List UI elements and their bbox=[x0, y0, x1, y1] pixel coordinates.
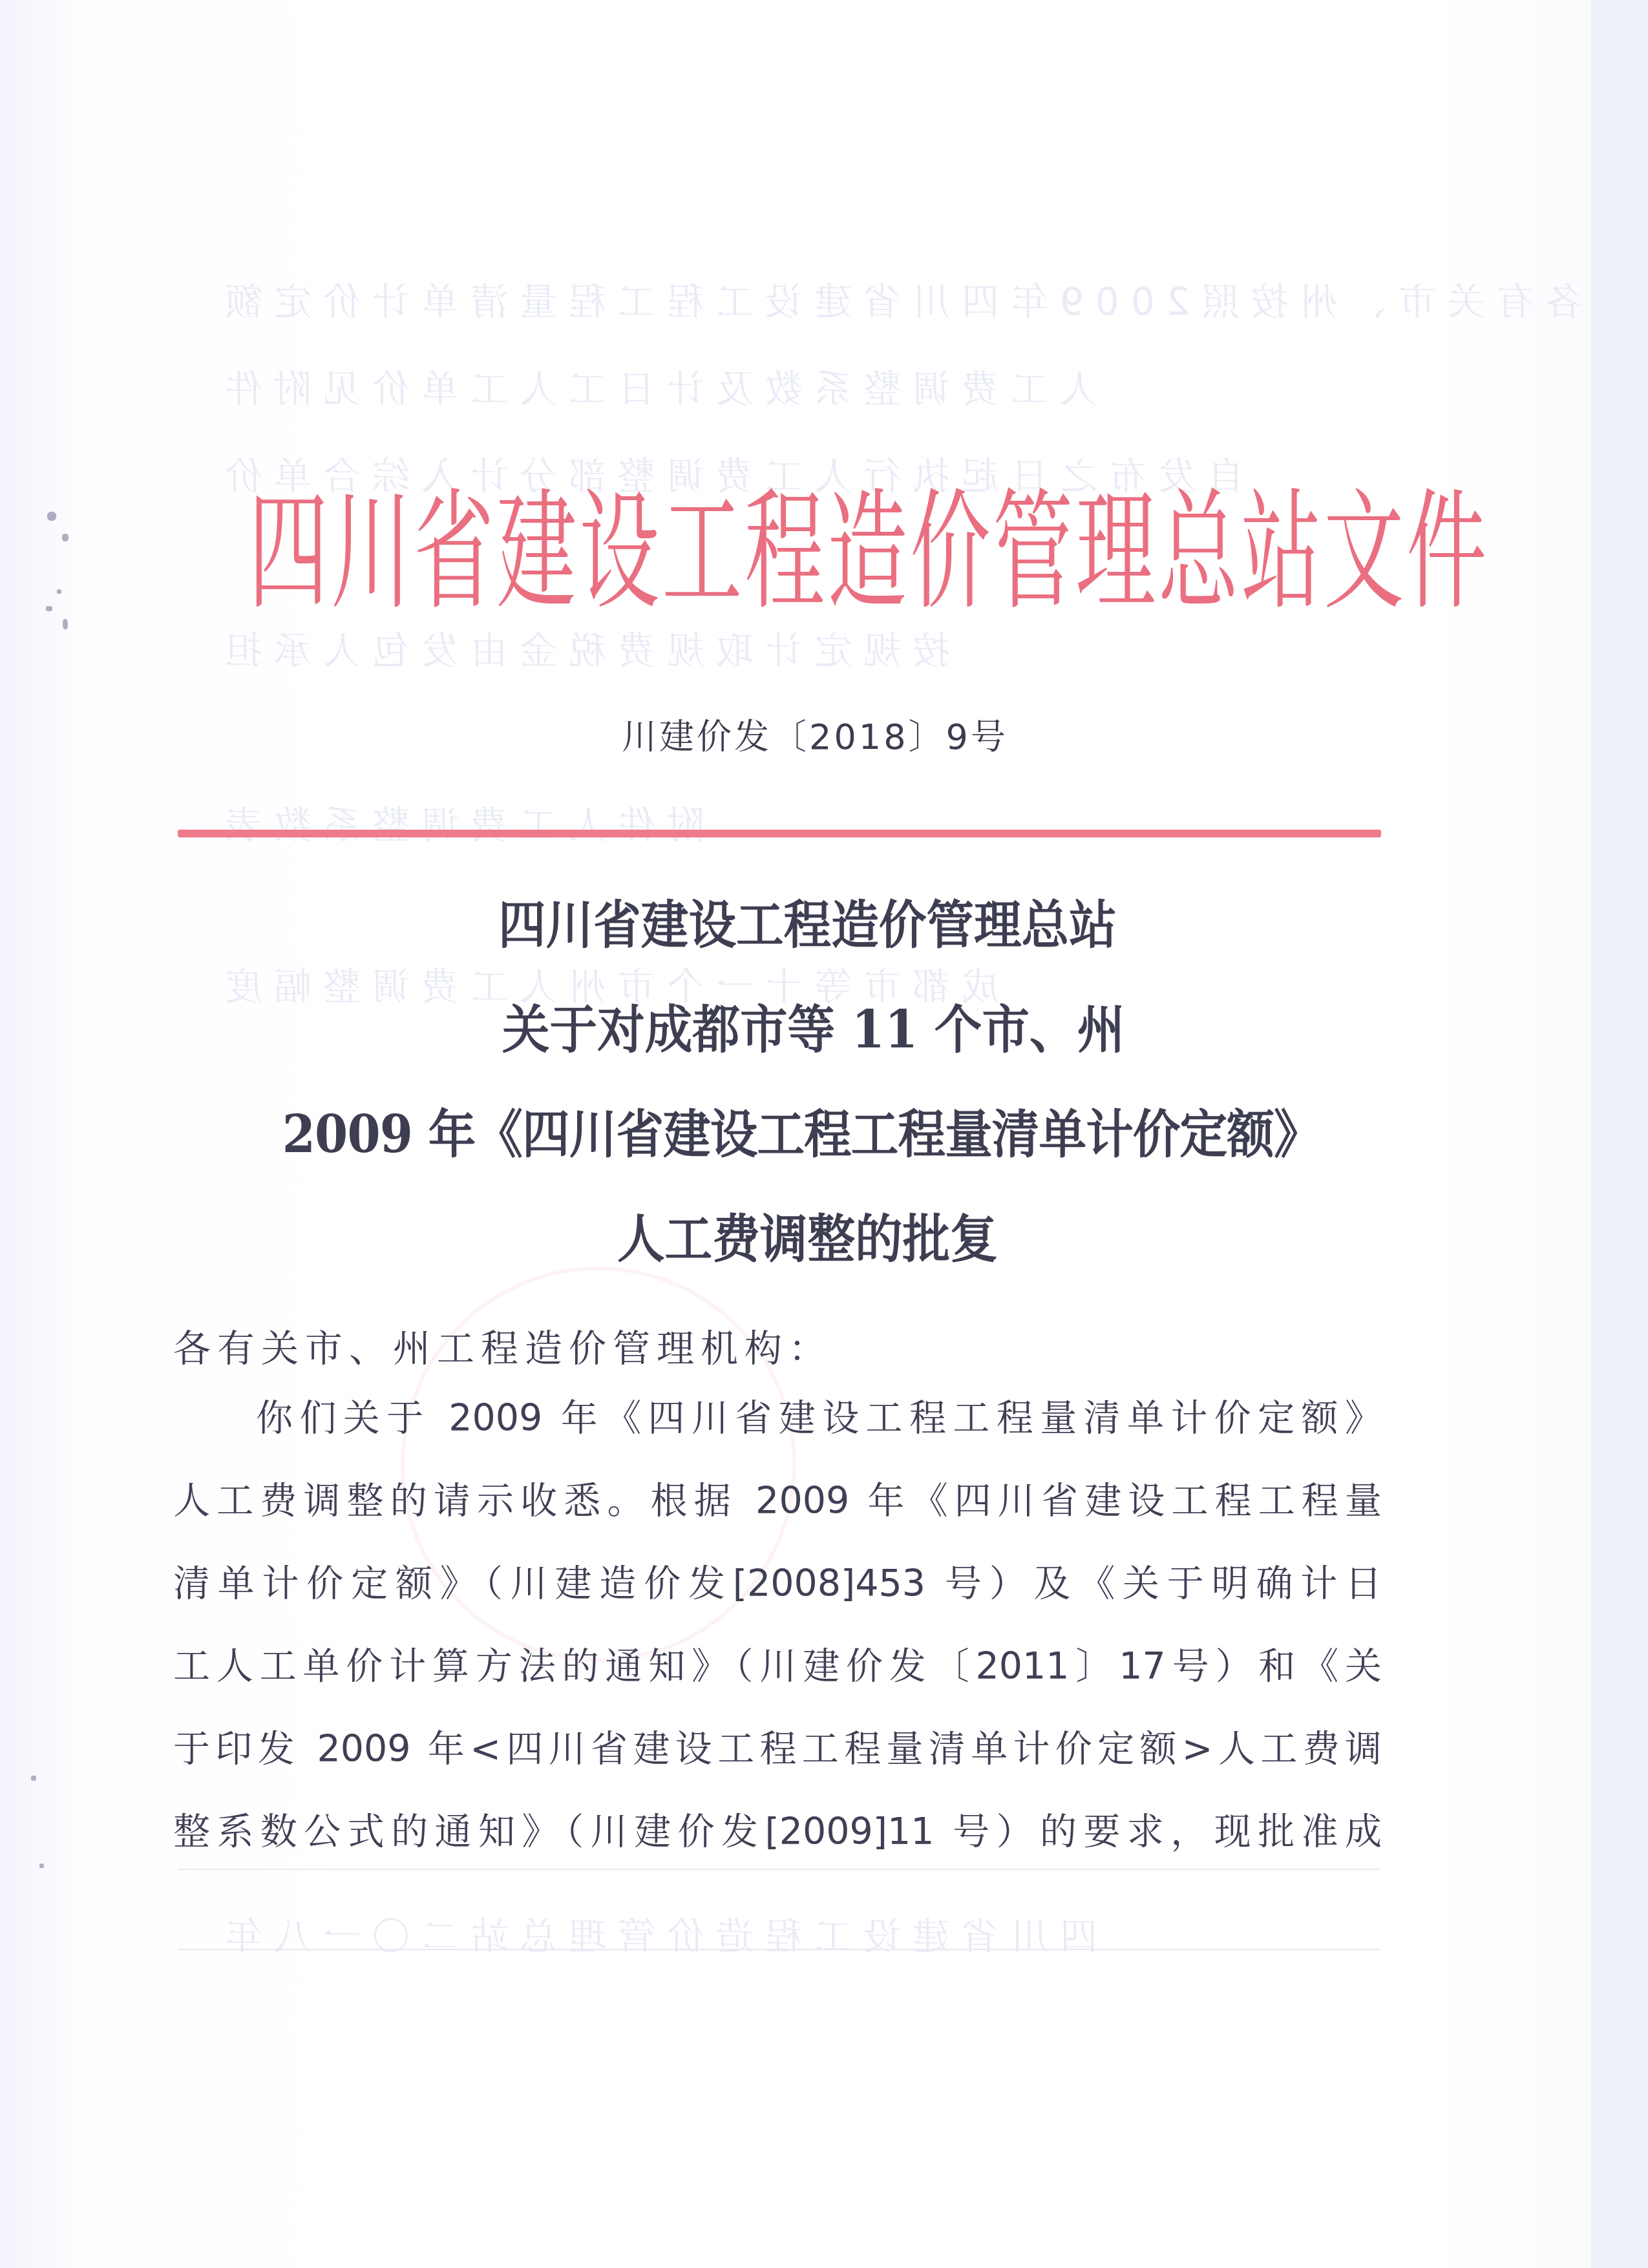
banner-char: 省 bbox=[414, 468, 465, 636]
salutation: 各有关市、州工程造价管理机构： bbox=[173, 1318, 832, 1372]
banner-char: 程 bbox=[745, 468, 796, 636]
title-line-2: 关于对成都市等 11 个市、州 bbox=[63, 977, 1527, 1082]
show-through-rule bbox=[178, 1949, 1380, 1950]
scan-artifact bbox=[46, 606, 52, 611]
scan-artifact bbox=[57, 589, 61, 594]
banner-char: 工 bbox=[662, 468, 713, 636]
scan-artifact bbox=[39, 1864, 44, 1868]
banner-char: 价 bbox=[910, 468, 961, 636]
scan-artifact bbox=[31, 1776, 36, 1781]
banner-char: 造 bbox=[827, 468, 878, 636]
title-line-1: 四川省建设工程造价管理总站 bbox=[63, 872, 1527, 977]
banner-char: 理 bbox=[1075, 468, 1126, 636]
show-through-text: 四川省建设工程造价管理总站二〇一八年 bbox=[213, 1906, 1097, 1960]
show-through-rule bbox=[178, 1869, 1380, 1870]
banner-char: 建 bbox=[496, 468, 547, 636]
body-line-5: 于印发 2009 年<四川省建设工程工程量清单计价定额>人工费调 bbox=[173, 1720, 1382, 1803]
scan-artifact bbox=[47, 512, 56, 521]
banner-char: 文 bbox=[1324, 468, 1375, 636]
issuer-banner: 四川省建设工程造价管理总站文件 bbox=[233, 468, 1331, 636]
banner-char: 设 bbox=[579, 468, 630, 636]
scan-artifact bbox=[62, 534, 69, 541]
banner-char: 件 bbox=[1406, 468, 1457, 636]
red-divider-rule bbox=[178, 830, 1381, 837]
scan-artifact bbox=[63, 619, 68, 629]
document-title: 四川省建设工程造价管理总站 关于对成都市等 11 个市、州 2009 年《四川省… bbox=[0, 872, 1591, 1291]
body-line-2: 人工费调整的请示收悉。根据 2009 年《四川省建设工程工程量 bbox=[173, 1472, 1382, 1555]
body-line-3: 清单计价定额》（川建造价发[2008]453 号）及《关于明确计日 bbox=[173, 1555, 1382, 1637]
banner-char: 总 bbox=[1158, 468, 1209, 636]
body-line-1: 你们关于 2009 年《四川省建设工程工程量清单计价定额》 bbox=[173, 1389, 1382, 1472]
title-line-4: 人工费调整的批复 bbox=[63, 1186, 1527, 1291]
banner-char: 管 bbox=[993, 468, 1044, 636]
body-paragraph: 你们关于 2009 年《四川省建设工程工程量清单计价定额》 人工费调整的请示收悉… bbox=[173, 1389, 1382, 1885]
banner-char: 川 bbox=[331, 468, 382, 636]
banner-char: 站 bbox=[1241, 468, 1292, 636]
title-line-3: 2009 年《四川省建设工程工程量清单计价定额》 bbox=[63, 1082, 1527, 1186]
body-line-4: 工人工单价计算方法的通知》（川建价发〔2011〕17号）和《关 bbox=[173, 1637, 1382, 1720]
body-line-6: 整系数公式的通知》（川建价发[2009]11 号）的要求，现批准成 bbox=[173, 1803, 1382, 1885]
document-number: 川建价发〔2018〕9号 bbox=[0, 709, 1591, 759]
banner-char: 四 bbox=[248, 468, 299, 636]
scanner-edge bbox=[1591, 0, 1648, 2268]
show-through-text: 附件人工费调整系数表 bbox=[213, 795, 704, 849]
show-through-text: 人工费调整系数及计日工人工单价见附件 bbox=[213, 359, 1097, 413]
show-through-text: 各有关市、州按照2009年四川省建设工程工程量清单计价定额 bbox=[213, 271, 1583, 326]
